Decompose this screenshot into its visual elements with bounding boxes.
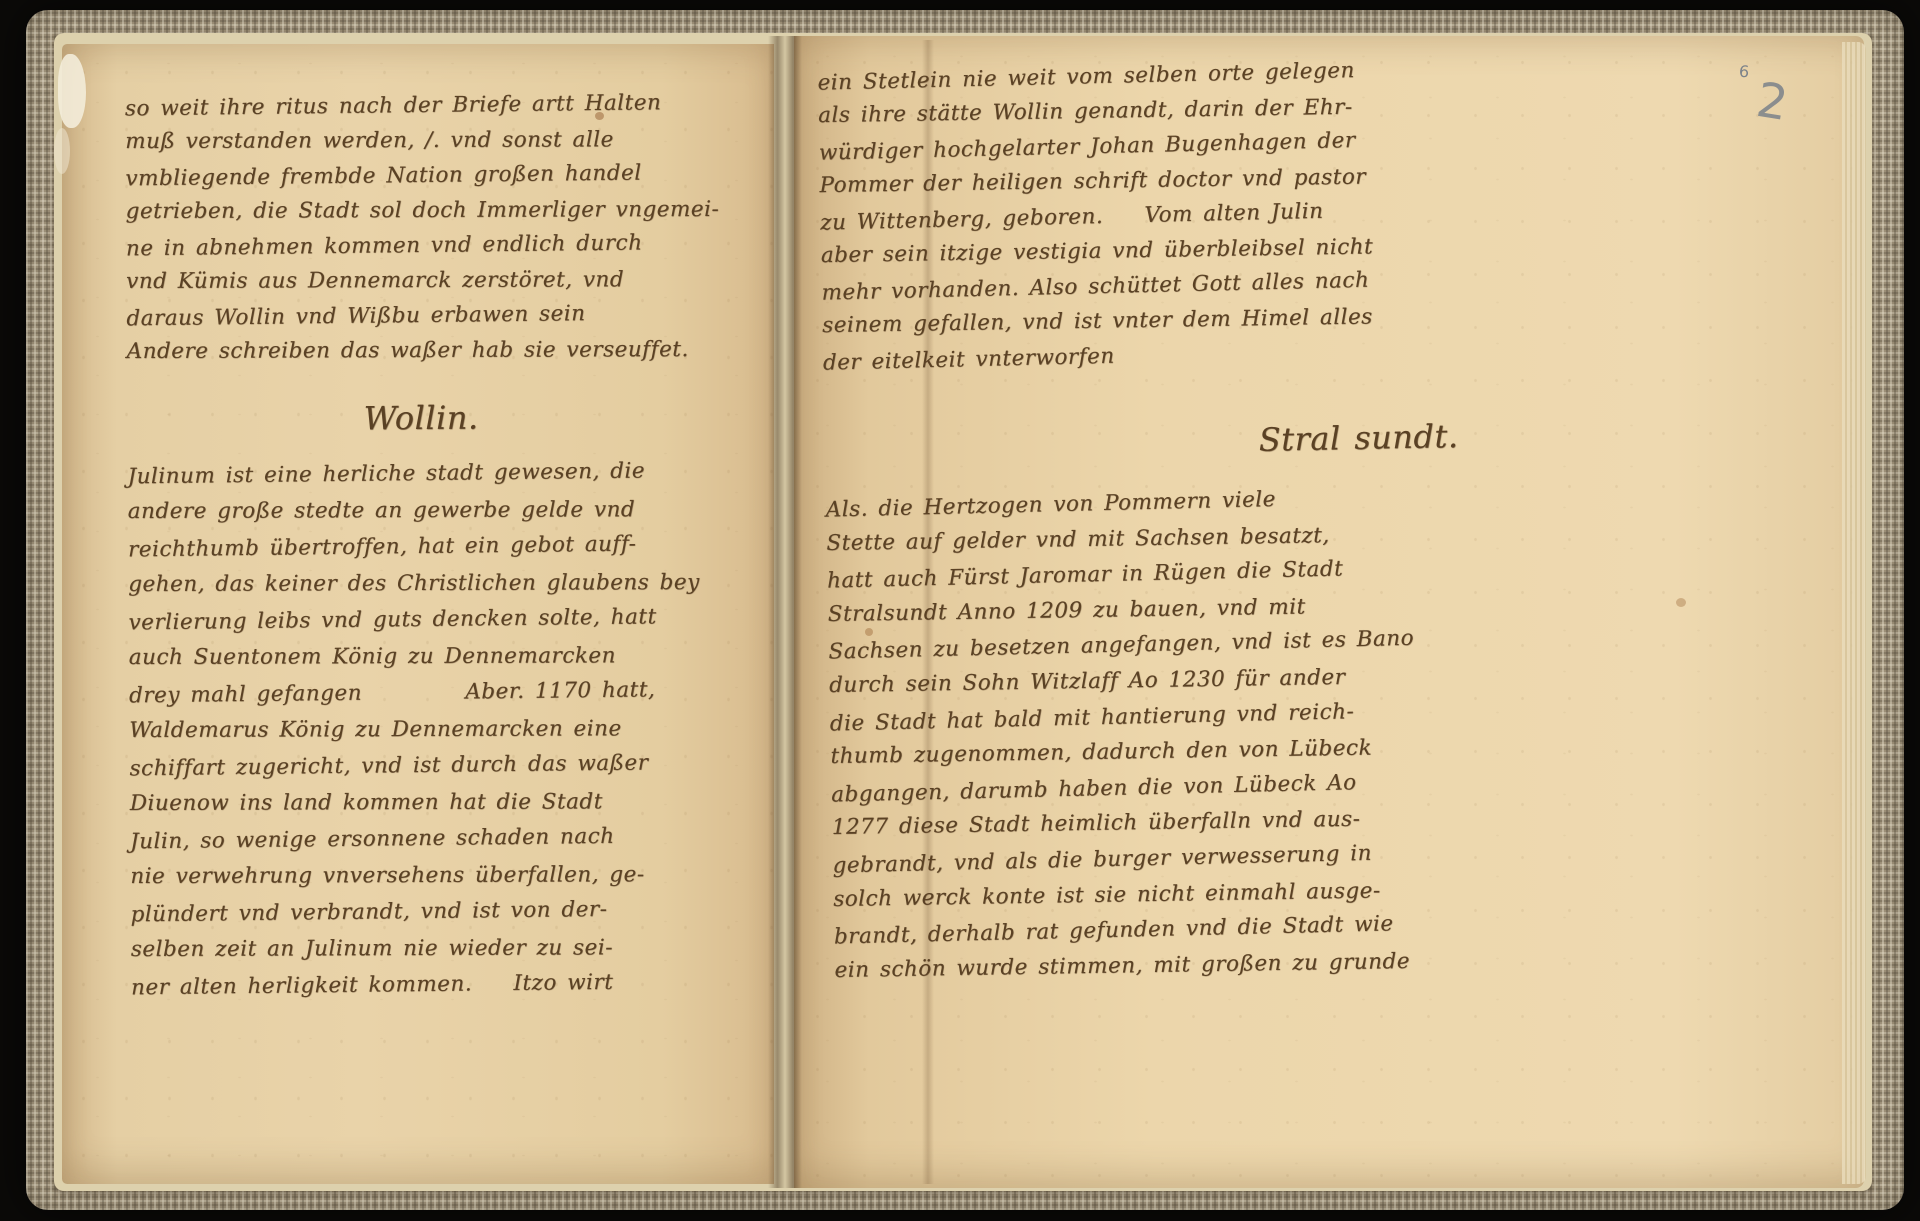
- manuscript-line: daraus Wollin vnd Wißbu erbawen sein: [126, 295, 714, 337]
- manuscript-line: plündert vnd verbrandt, vnd ist von der-: [130, 891, 718, 934]
- right-page-crease: [922, 40, 934, 1184]
- manuscript-line: so weit ihre ritus nach der Briefe artt …: [125, 85, 713, 127]
- manuscript-line: drey mahl gefangen Aber. 1170 hatt,: [129, 672, 717, 715]
- pencil-mark-small: 6: [1738, 62, 1749, 82]
- left-paragraph-1: so weit ihre ritus nach der Briefe artt …: [125, 86, 715, 370]
- gutter-shadow: [768, 36, 802, 1188]
- worn-edge-patch: [54, 128, 70, 174]
- worn-corner-patch: [58, 54, 86, 128]
- left-paragraph-2: Julinum ist eine herliche stadt gewesen,…: [127, 454, 719, 1006]
- manuscript-line: andere große stedte an gewerbe gelde vnd: [128, 491, 716, 530]
- manuscript-line: auch Suentonem König zu Dennemarcken: [129, 637, 717, 676]
- manuscript-line: schiffart zugericht, vnd ist durch das w…: [129, 745, 717, 788]
- section-heading-stralsund: Stral sundt.: [824, 411, 1467, 473]
- manuscript-line: ner alten herligkeit kommen. Itzo wirt: [131, 964, 719, 1007]
- photograph-background: so weit ihre ritus nach der Briefe artt …: [0, 0, 1920, 1221]
- manuscript-line: Julinum ist eine herliche stadt gewesen,…: [127, 453, 715, 496]
- manuscript-line: Andere schreiben das waßer hab sie verse…: [127, 332, 715, 369]
- manuscript-line: Diuenow ins land kommen hat die Stadt: [130, 783, 718, 822]
- manuscript-line: gehen, das keiner des Christlichen glaub…: [128, 564, 716, 603]
- manuscript-line: vmbliegende frembde Nation großen handel: [125, 155, 713, 197]
- manuscript-line: reichthumb übertroffen, hat ein gebot au…: [128, 526, 716, 569]
- manuscript-line: verlierung leibs vnd guts dencken solte,…: [128, 599, 716, 642]
- foxing-stain: [1676, 598, 1686, 607]
- fore-edge-page-stack: [1842, 42, 1866, 1184]
- left-page-text: so weit ihre ritus nach der Briefe artt …: [125, 86, 719, 1006]
- manuscript-line: Julin, so wenige ersonnene schaden nach: [130, 818, 718, 861]
- manuscript-line: ne in abnehmen kommen vnd endlich durch: [126, 225, 714, 267]
- right-paragraph-1: ein Stetlein nie weit vom selben orte ge…: [817, 52, 1465, 379]
- manuscript-line: vnd Kümis aus Dennemarck zerstöret, vnd: [126, 262, 714, 299]
- right-page-text: ein Stetlein nie weit vom selben orte ge…: [817, 52, 1477, 989]
- manuscript-line: selben zeit an Julinum nie wieder zu sei…: [131, 929, 719, 968]
- manuscript-line: muß verstanden werden, /. vnd sonst alle: [125, 122, 713, 159]
- manuscript-line: nie verwehrung vnversehens überfallen, g…: [130, 856, 718, 895]
- manuscript-line: Waldemarus König zu Dennemarcken eine: [129, 710, 717, 749]
- manuscript-line: getrieben, die Stadt sol doch Immerliger…: [126, 192, 714, 229]
- section-heading-wollin: Wollin.: [127, 392, 715, 444]
